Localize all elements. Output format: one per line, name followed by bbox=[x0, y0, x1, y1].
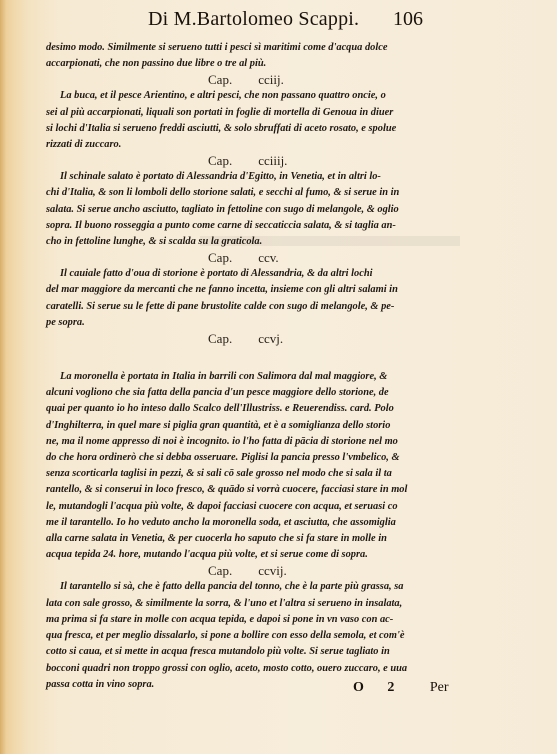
text-line: cho in fettoline lunghe, & si scalda su … bbox=[46, 234, 444, 250]
text-line: rizzati di zuccaro. bbox=[46, 137, 444, 153]
text-line: chi d'Italia, & son li lomboli dello sto… bbox=[46, 185, 444, 201]
text-line: bocconi quadri non troppo grossi con ogl… bbox=[46, 661, 444, 677]
signature-mark: O 2 bbox=[353, 680, 404, 695]
text-line: Il tarantello si sà, che è fatto della p… bbox=[46, 579, 444, 595]
text-line: sopra. Il buono rosseggia a punto come c… bbox=[46, 218, 444, 234]
running-head: Di M.Bartolomeo Scappi. bbox=[148, 8, 359, 31]
text-line: d'Inghilterra, in quel mare si piglia gr… bbox=[46, 418, 444, 434]
text-line: Il schinale salato è portato di Alessand… bbox=[46, 169, 444, 185]
text-line: si lochi d'Italia si serueno freddi asci… bbox=[46, 121, 444, 137]
chapter-heading: Cap. cciiij. bbox=[46, 153, 444, 169]
chapter-cciiij: Cap. cciiij. Il schinale salato è portat… bbox=[46, 153, 444, 250]
text-line: alcuni vogliono che sia fatta della panc… bbox=[46, 385, 444, 401]
text-line: alla carne salata in Venetia, & per cuoc… bbox=[46, 531, 444, 547]
text-line: acqua tepida 24. hore, mutando l'acqua p… bbox=[46, 547, 444, 563]
page-footer: O 2 Per bbox=[353, 680, 449, 696]
text-line: La moronella è portata in Italia in barr… bbox=[46, 369, 444, 385]
chapter-heading: Cap. ccvj. bbox=[46, 331, 444, 347]
chapter-heading: Cap. ccv. bbox=[46, 250, 444, 266]
body-text: desimo modo. Similmente si serueno tutti… bbox=[46, 40, 444, 693]
text-line: rantello, & si conserui in loco fresco, … bbox=[46, 482, 444, 498]
text-line: ma prima si fa stare in molle con acqua … bbox=[46, 612, 444, 628]
page-number: 106 bbox=[393, 8, 423, 31]
text-line: sei al più accarpionati, liquali son por… bbox=[46, 105, 444, 121]
chapter-heading: Cap. cciij. bbox=[46, 72, 444, 88]
book-page: Di M.Bartolomeo Scappi. 106 desimo modo.… bbox=[0, 0, 557, 754]
chapter-cciij: Cap. cciij. La buca, et il pesce Arienti… bbox=[46, 72, 444, 153]
text-line: Il cauiale fatto d'oua di storione è por… bbox=[46, 266, 444, 282]
text-line: me il tarantello. Io ho veduto ancho la … bbox=[46, 515, 444, 531]
text-line: qua fresca, et per meglio dissalarlo, si… bbox=[46, 628, 444, 644]
catchword: Per bbox=[430, 680, 449, 695]
page-gutter-edge bbox=[0, 0, 6, 754]
chapter-ccvij: Cap. ccvij. Il tarantello si sà, che è f… bbox=[46, 563, 444, 692]
text-line: caratelli. Si serue su le fette di pane … bbox=[46, 299, 444, 315]
text-line: le, mutandogli l'acqua più volte, & dapo… bbox=[46, 499, 444, 515]
text-line: salata. Si serue ancho asciutto, tagliat… bbox=[46, 202, 444, 218]
text-line: ne, ma il nome appresso di noi è incogni… bbox=[46, 434, 444, 450]
text-line: lata con sale grosso, & similmente la so… bbox=[46, 596, 444, 612]
text-line: cotto si caua, et si mette in acqua fres… bbox=[46, 644, 444, 660]
text-section: desimo modo. Similmente si serueno tutti… bbox=[46, 40, 444, 72]
text-line: accarpionati, che non passino due libre … bbox=[46, 56, 444, 72]
chapter-ccvj: Cap. ccvj. La moronella è portata in Ita… bbox=[46, 331, 444, 563]
chapter-ccv: Cap. ccv. Il cauiale fatto d'oua di stor… bbox=[46, 250, 444, 331]
text-line: pe sopra. bbox=[46, 315, 444, 331]
text-line: do che hora ordinerò che si debba osseru… bbox=[46, 450, 444, 466]
text-line: quai per quanto io ho inteso dallo Scalc… bbox=[46, 401, 444, 417]
blank-line bbox=[46, 347, 444, 369]
text-line: senza scorticarla taglisi in pezzi, & si… bbox=[46, 466, 444, 482]
text-line: La buca, et il pesce Arientino, e altri … bbox=[46, 88, 444, 104]
text-line: desimo modo. Similmente si serueno tutti… bbox=[46, 40, 444, 56]
chapter-heading: Cap. ccvij. bbox=[46, 563, 444, 579]
text-line: del mar maggiore da mercanti che ne fann… bbox=[46, 282, 444, 298]
